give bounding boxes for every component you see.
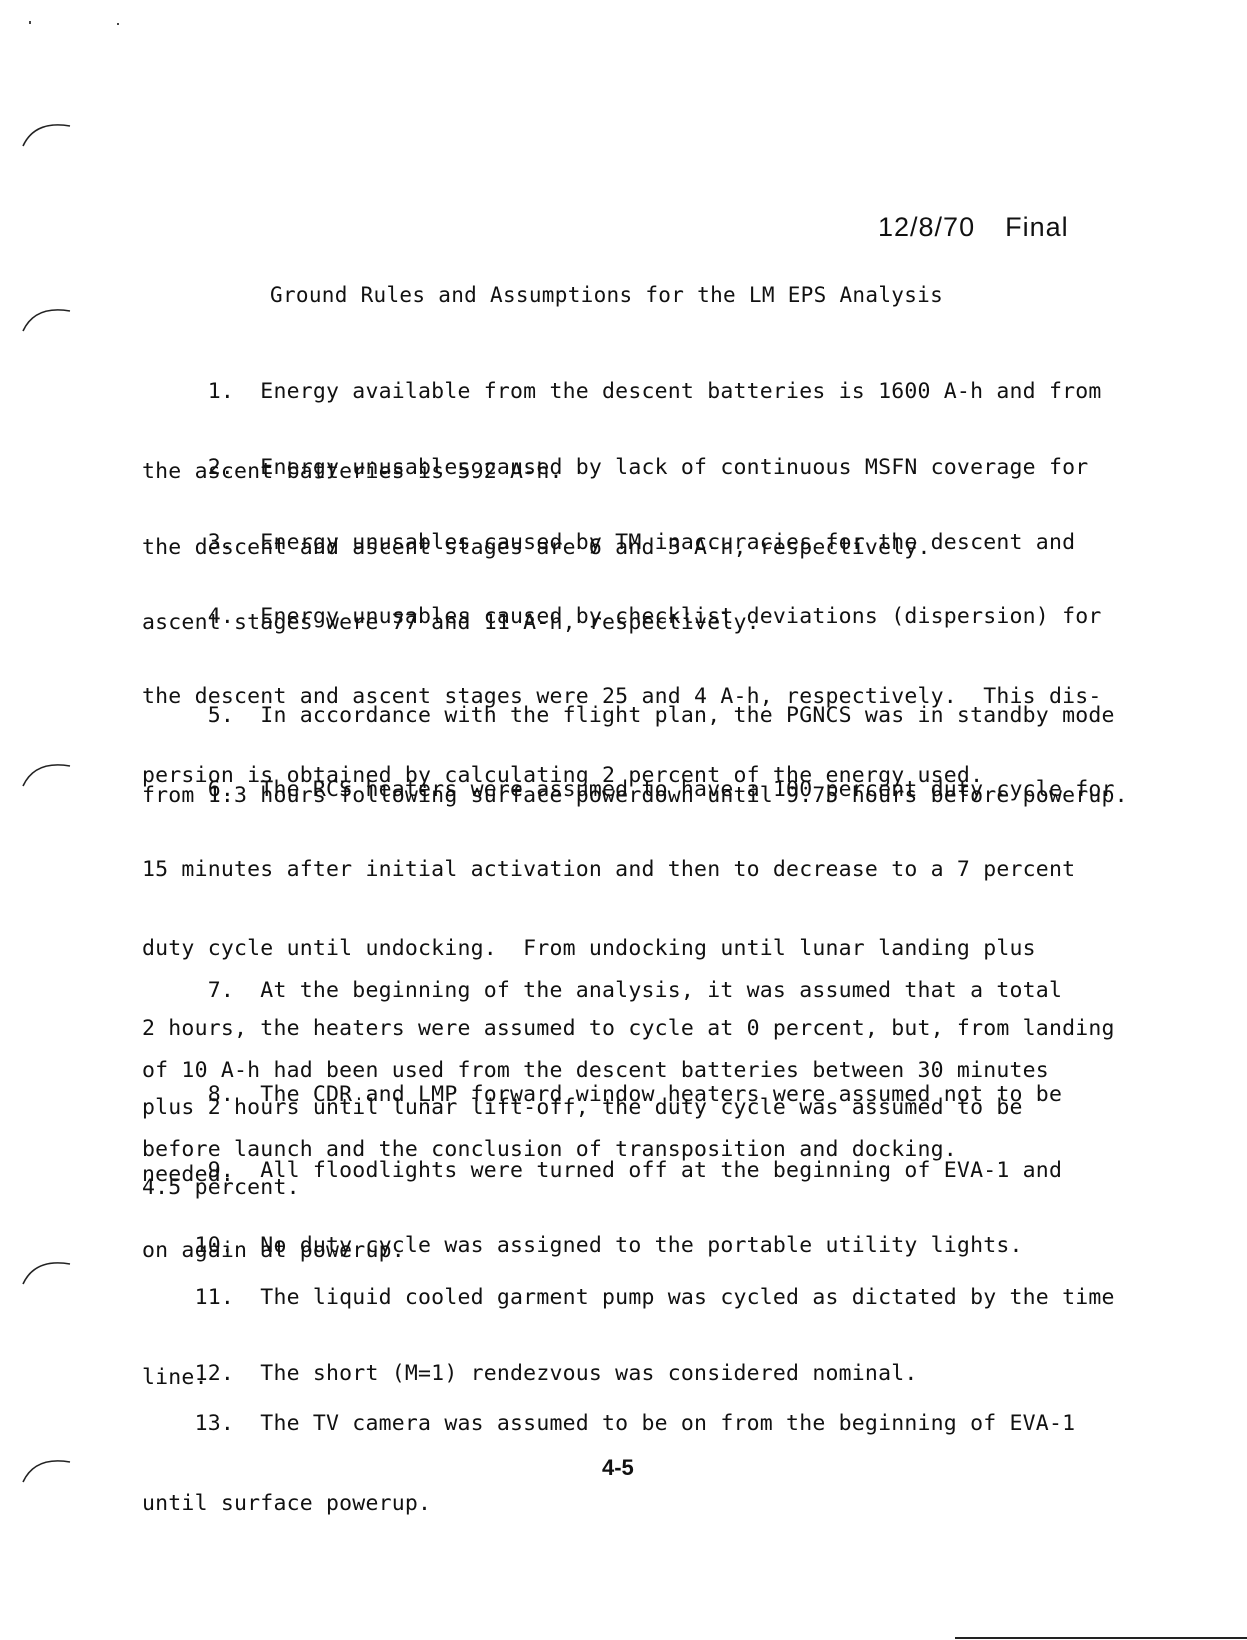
binder-hole-arc-icon	[20, 1454, 80, 1494]
scan-speck	[29, 21, 31, 24]
binder-hole-arc-icon	[20, 1256, 80, 1296]
document-date: 12/8/70	[878, 212, 975, 242]
scan-edge-rule	[955, 1637, 1247, 1639]
item-line: 6. The RCS heaters were assumed to have …	[142, 777, 1142, 804]
document-date-header: 12/8/70Final	[878, 212, 1069, 243]
binder-hole-arc-icon	[20, 303, 80, 343]
scan-speck	[117, 23, 119, 25]
item-line: 4. Energy unusables caused by checklist …	[142, 604, 1142, 631]
item-line: 15 minutes after initial activation and …	[142, 857, 1142, 884]
item-line: until surface powerup.	[142, 1491, 1142, 1518]
page-number: 4-5	[602, 1455, 634, 1481]
binder-hole-arc-icon	[20, 118, 80, 158]
item-line: 7. At the beginning of the analysis, it …	[142, 978, 1142, 1005]
document-page: 12/8/70Final Ground Rules and Assumption…	[0, 0, 1247, 1640]
binder-hole-arc-icon	[20, 758, 80, 798]
list-item-13: 13. The TV camera was assumed to be on f…	[142, 1358, 1142, 1570]
item-line: 13. The TV camera was assumed to be on f…	[142, 1411, 1142, 1438]
document-title: Ground Rules and Assumptions for the LM …	[270, 283, 943, 307]
document-status: Final	[1005, 212, 1069, 242]
